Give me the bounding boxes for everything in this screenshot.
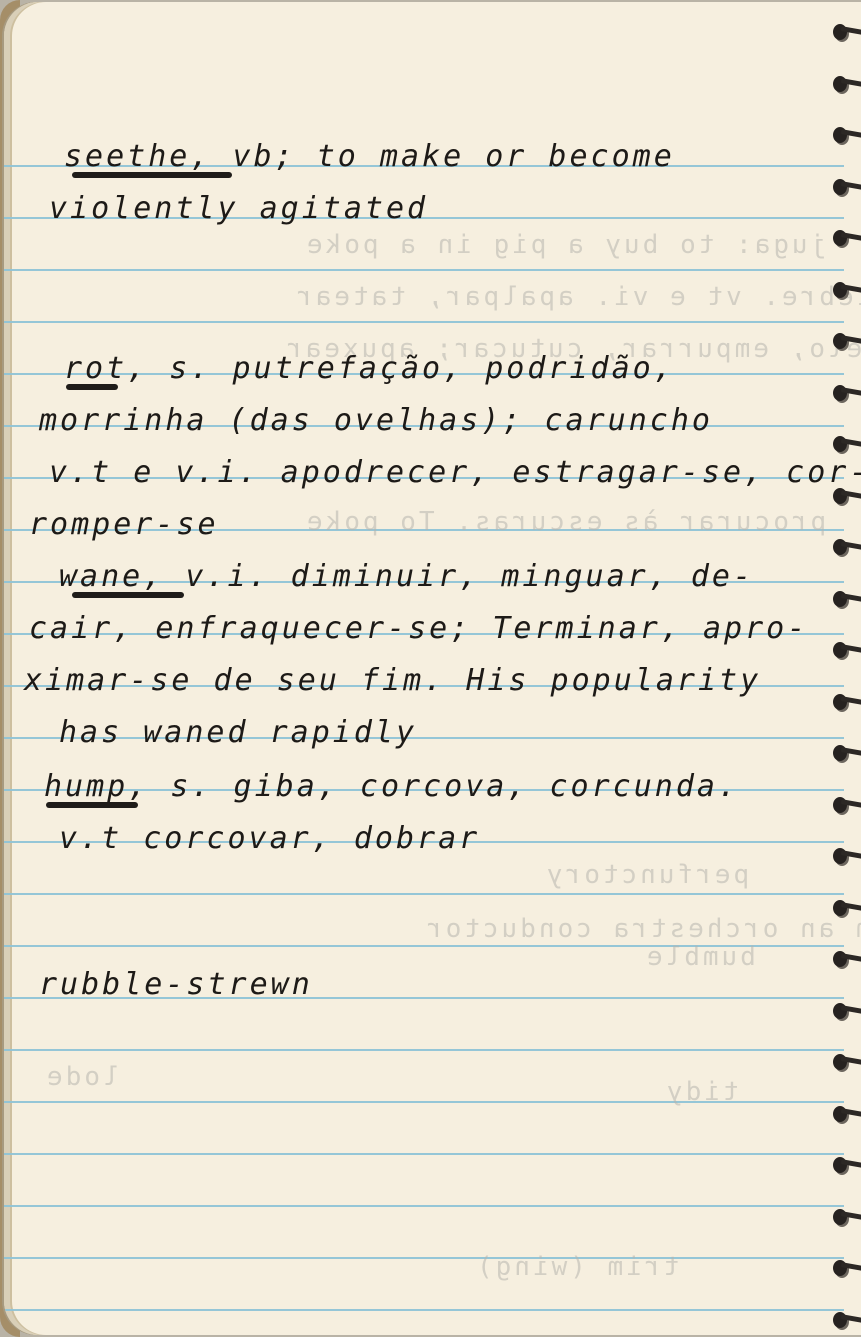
spiral-coil-icon (831, 795, 861, 815)
rule-line (4, 1153, 844, 1155)
rule-line (4, 1205, 844, 1207)
handwritten-line: rot, s. putrefação, podridão, (64, 354, 675, 384)
spiral-coil-icon (831, 1207, 861, 1227)
handwritten-line: seethe, vb; to make or become (64, 142, 675, 172)
spiral-coil-icon (831, 1001, 861, 1021)
spiral-coil-icon (831, 331, 861, 351)
spiral-coil-icon (831, 1104, 861, 1124)
bleed-through-line: lode (44, 1062, 119, 1092)
handwritten-line: v.t e v.i. apodrecer, estragar-se, cor- (49, 458, 861, 488)
bleed-through-line: fum an orchestra conductor (424, 914, 861, 944)
rule-line (4, 1309, 844, 1311)
spiral-coil-icon (831, 177, 861, 197)
handwritten-line: violently agitated (49, 194, 428, 224)
spiral-coil-icon (831, 74, 861, 94)
handwritten-line: ximar-se de seu fim. His popularity (24, 666, 761, 696)
bleed-through-line: procurar às escuras. To poke (304, 507, 826, 537)
bleed-through-line: juga: to buy a pig in a poke (304, 230, 826, 260)
handwritten-line: morrinha (das ovelhas); caruncho (39, 406, 713, 436)
spiral-coil-icon (831, 846, 861, 866)
bleed-through-line: gato por lebre. vt e vi. apalpar, tatear (294, 282, 861, 312)
handwritten-line: has waned rapidly (59, 718, 417, 748)
spiral-coil-icon (831, 280, 861, 300)
spiral-coil-icon (831, 1155, 861, 1175)
rule-line (4, 893, 844, 895)
spiral-coil-icon (831, 125, 861, 145)
bleed-through-line: trim (wing) (474, 1252, 679, 1282)
bleed-through-line: bumble (644, 942, 756, 972)
spiral-coil-icon (831, 1310, 861, 1330)
handwritten-line: wane, v.i. diminuir, minguar, de- (59, 562, 754, 592)
rule-line (4, 269, 844, 271)
spiral-coil-icon (831, 692, 861, 712)
spiral-coil-icon (831, 589, 861, 609)
spiral-coil-icon (831, 898, 861, 918)
handwritten-line: romper-se (29, 510, 219, 540)
notebook-page: juga: to buy a pig in a pokegato por leb… (4, 2, 861, 1335)
handwritten-line: rubble-strewn (39, 970, 313, 1000)
handwritten-line: cair, enfraquecer-se; Terminar, apro- (29, 614, 808, 644)
spiral-coil-icon (831, 22, 861, 42)
rule-line (4, 1049, 844, 1051)
rule-line (4, 321, 844, 323)
bleed-through-line: tidy (664, 1077, 739, 1107)
spiral-binding (821, 0, 861, 1337)
spiral-coil-icon (831, 434, 861, 454)
handwritten-line: hump, s. giba, corcova, corcunda. (44, 772, 739, 802)
bleed-through-line: perfunctory (544, 860, 749, 890)
spiral-coil-icon (831, 383, 861, 403)
spiral-coil-icon (831, 743, 861, 763)
spiral-coil-icon (831, 486, 861, 506)
spiral-coil-icon (831, 1258, 861, 1278)
spiral-coil-icon (831, 640, 861, 660)
spiral-coil-icon (831, 1052, 861, 1072)
handwritten-line: v.t corcovar, dobrar (59, 824, 480, 854)
spiral-coil-icon (831, 537, 861, 557)
spiral-coil-icon (831, 228, 861, 248)
rule-line (4, 1257, 844, 1259)
spiral-coil-icon (831, 949, 861, 969)
